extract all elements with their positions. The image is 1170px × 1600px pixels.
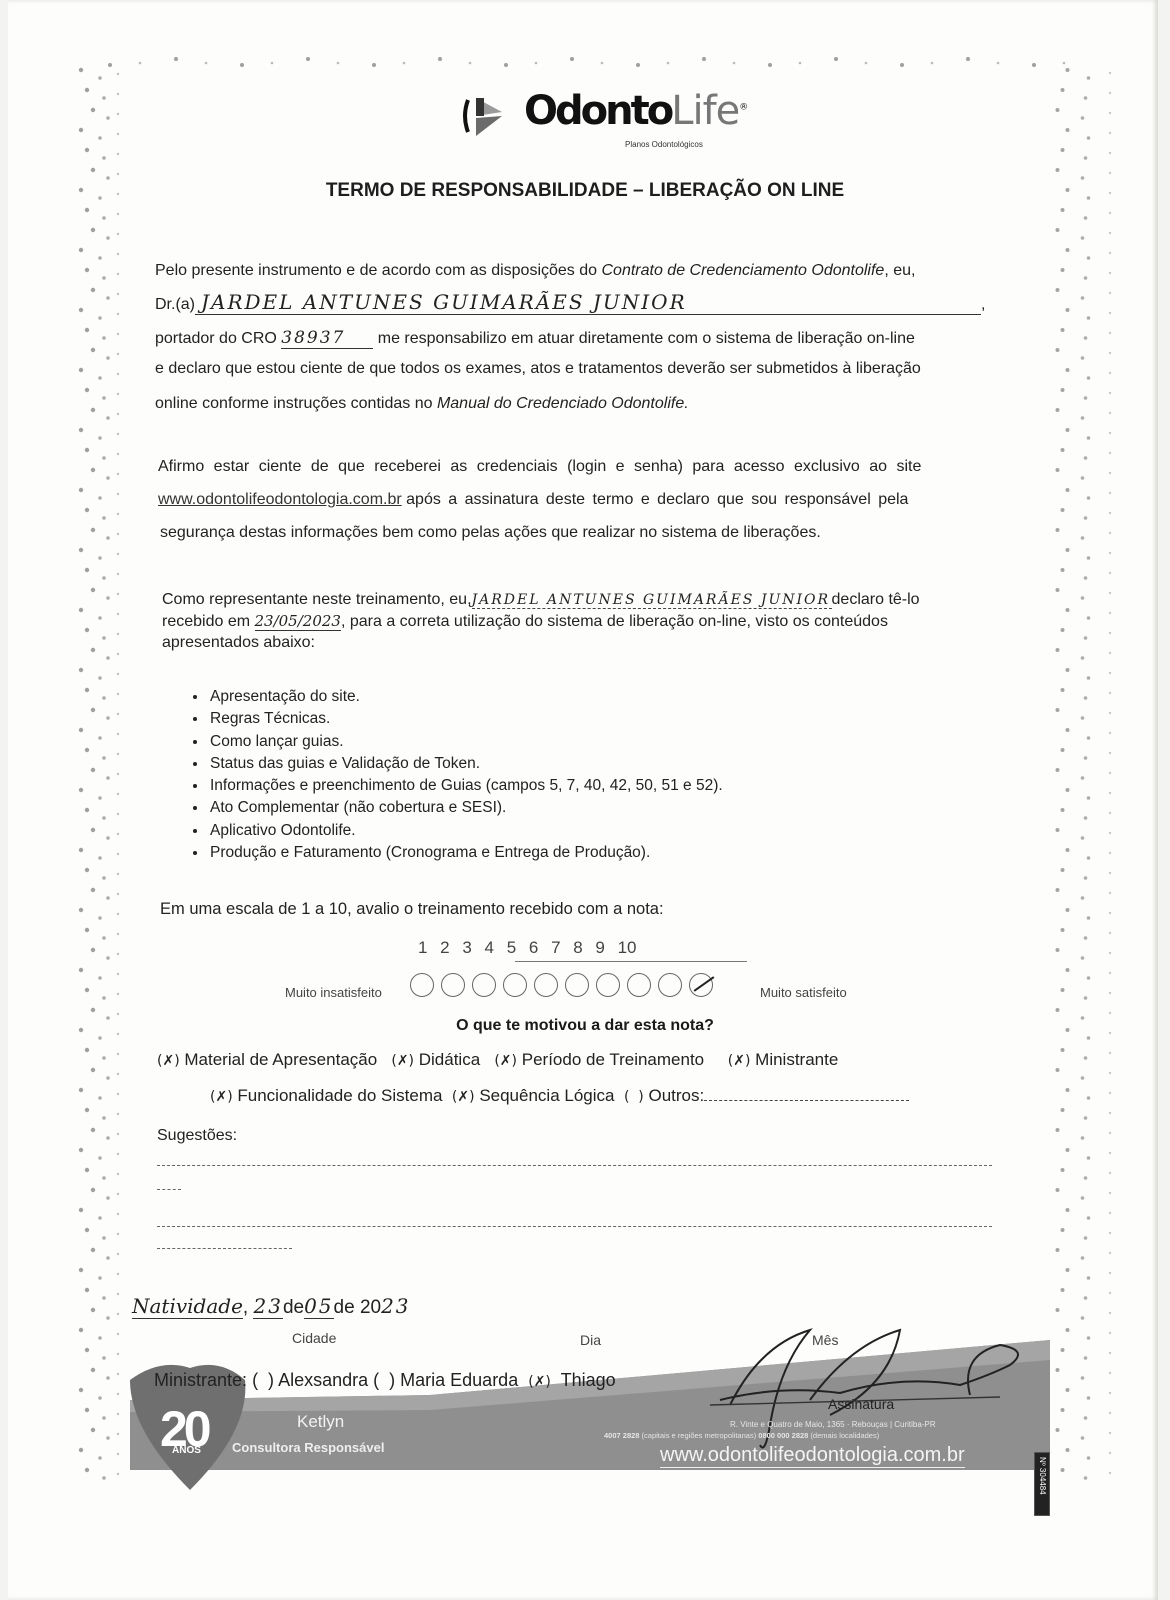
rating-option-1[interactable] <box>410 973 434 997</box>
topic-item: Produção e Faturamento (Cronograma e Ent… <box>208 842 723 864</box>
paragraph3-line1: Como representante neste treinamento, eu… <box>162 591 920 609</box>
motivation-row1: (✗) Material de Apresentação (✗) Didátic… <box>157 1050 838 1070</box>
rating-scale-numbers: 1 2 3 4 5 6 7 8 9 10 <box>418 938 637 958</box>
representative-name-field[interactable]: JARDEL ANTUNES GUIMARÃES JUNIOR <box>472 592 832 609</box>
suggestions-line-1-cont <box>157 1189 181 1190</box>
doctor-name-field[interactable]: JARDEL ANTUNES GUIMARÃES JUNIOR <box>195 290 981 315</box>
day-field[interactable]: 23 <box>253 1294 282 1319</box>
paragraph1-line4: online conforme instruções contidas no M… <box>155 395 689 413</box>
place-date-line: Natividade, 23de05de 2023 <box>132 1294 411 1319</box>
option-ministrante[interactable]: (✗) Ministrante <box>728 1050 839 1069</box>
topic-item: Ato Complementar (não cobertura e SESI). <box>208 797 723 819</box>
company-phones: 4007 2828 (capitais e regiões metropolit… <box>604 1431 879 1440</box>
ministrante-row: Ministrante: ( ) Alexsandra ( ) Maria Ed… <box>154 1370 616 1391</box>
brand-main: Odonto <box>524 88 671 134</box>
option-periodo[interactable]: (✗) Período de Treinamento <box>494 1050 704 1069</box>
topic-item: Apresentação do site. <box>208 686 723 708</box>
option-didatica[interactable]: (✗) Didática <box>391 1050 480 1069</box>
rating-radio-group <box>410 973 713 997</box>
topic-item: Status das guias e Validação de Token. <box>208 753 723 775</box>
scale-underline <box>515 961 747 962</box>
rating-option-2[interactable] <box>441 973 465 997</box>
rating-option-9[interactable] <box>658 973 682 997</box>
topic-item: Como lançar guias. <box>208 731 723 753</box>
rating-option-6[interactable] <box>565 973 589 997</box>
topic-item: Aplicativo Odontolife. <box>208 820 723 842</box>
paragraph1-line3: e declaro que estou ciente de que todos … <box>155 360 921 378</box>
manual-name: Manual do Credenciado Odontolife. <box>437 395 689 412</box>
suggestions-line-1[interactable] <box>157 1165 992 1166</box>
signature-label: Assinatura <box>828 1396 894 1412</box>
logo-mark-icon <box>462 94 512 138</box>
consultant-role: Consultora Responsável <box>232 1440 384 1455</box>
outros-field[interactable] <box>704 1100 909 1101</box>
motivation-question: O que te motivou a dar esta nota? <box>0 1017 1170 1035</box>
contract-name: Contrato de Credenciamento Odontolife <box>601 262 884 279</box>
cro-field[interactable]: 38937 <box>281 328 373 349</box>
serial-number: Nº 304484 <box>1038 1457 1047 1495</box>
company-address: R. Vinte e Quatro de Maio, 1365 · Rebouç… <box>730 1420 936 1429</box>
ministrante-alexsandra[interactable]: ( ) Alexsandra <box>252 1370 368 1390</box>
anniversary-word: ANOS <box>172 1445 201 1456</box>
month-field[interactable]: 05 <box>304 1294 333 1319</box>
rating-option-8[interactable] <box>627 973 651 997</box>
site-link[interactable]: www.odontolifeodontologia.com.br <box>158 491 402 508</box>
year-field[interactable]: 23 <box>381 1294 410 1318</box>
suggestions-line-2[interactable] <box>157 1226 992 1227</box>
option-material[interactable]: (✗) Material de Apresentação <box>157 1050 377 1069</box>
rating-option-3[interactable] <box>472 973 496 997</box>
option-outros[interactable]: ( ) Outros: <box>624 1086 704 1105</box>
paragraph3-line2: recebido em 23/05/2023, para a correta u… <box>162 612 888 631</box>
brand-suffix: Life <box>671 88 739 134</box>
ministrante-maria-eduarda[interactable]: ( ) Maria Eduarda <box>373 1370 518 1390</box>
doctor-name-line: Dr.(a)JARDEL ANTUNES GUIMARÃES JUNIOR, <box>155 290 985 315</box>
paragraph3-line3: apresentados abaixo: <box>162 634 315 652</box>
suggestions-line-2-cont <box>157 1248 292 1249</box>
city-field[interactable]: Natividade <box>132 1294 243 1319</box>
rating-option-7[interactable] <box>596 973 620 997</box>
document-title: TERMO DE RESPONSABILIDADE – LIBERAÇÃO ON… <box>0 180 1170 202</box>
paragraph2-line3: segurança destas informações bem como pe… <box>160 524 821 542</box>
received-date-field[interactable]: 23/05/2023 <box>255 612 341 631</box>
rating-low-label: Muito insatisfeito <box>285 985 382 1000</box>
paragraph2-line2: www.odontolifeodontologia.com.br após a … <box>158 491 908 509</box>
logo-tagline: Planos Odontológicos <box>625 140 703 149</box>
option-sequencia[interactable]: (✗) Sequência Lógica <box>452 1086 615 1105</box>
ministrante-thiago[interactable]: (✗) Thiago <box>528 1370 615 1390</box>
rating-option-5[interactable] <box>534 973 558 997</box>
rating-option-10[interactable] <box>689 973 713 997</box>
consultant-name: Ketlyn <box>297 1412 344 1432</box>
rating-high-label: Muito satisfeito <box>760 985 847 1000</box>
topic-item: Informações e preenchimento de Guias (ca… <box>208 775 723 797</box>
option-funcionalidade[interactable]: (✗) Funcionalidade do Sistema <box>210 1086 442 1105</box>
registered-mark: ® <box>739 103 745 113</box>
motivation-row2: (✗) Funcionalidade do Sistema (✗) Sequên… <box>210 1086 909 1106</box>
topics-list: Apresentação do site.Regras Técnicas.Com… <box>178 686 723 864</box>
serial-box: Nº 304484 <box>1034 1452 1050 1516</box>
footer-website[interactable]: www.odontolifeodontologia.com.br <box>660 1444 965 1468</box>
rating-option-4[interactable] <box>503 973 527 997</box>
paragraph2-line1: Afirmo estar ciente de que receberei as … <box>158 458 921 476</box>
topic-item: Regras Técnicas. <box>208 708 723 730</box>
suggestions-label: Sugestões: <box>157 1127 237 1145</box>
cro-line: portador do CRO 38937 me responsabilizo … <box>155 328 915 349</box>
rating-prompt: Em uma escala de 1 a 10, avalio o treina… <box>160 900 664 919</box>
paragraph1-line1: Pelo presente instrumento e de acordo co… <box>155 262 915 280</box>
odontolife-logo: OdontoLife® Planos Odontológicos <box>462 92 732 154</box>
